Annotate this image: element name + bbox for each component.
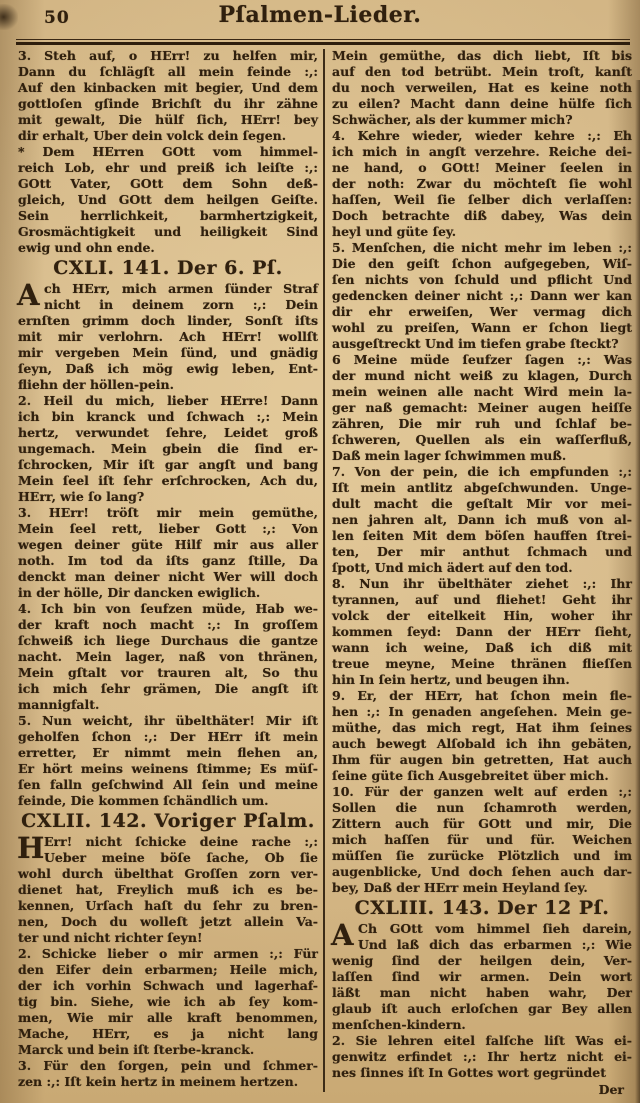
- text-line: Sein herrlichkeit, barmhertzigkeit,: [18, 208, 318, 224]
- text-line: zu eilen? Macht dann deine hülfe ſich: [332, 96, 632, 112]
- text-line: Auf den kinbacken mit begier, Und dem: [18, 80, 318, 96]
- text-line: der mund nicht weiß zu klagen, Durch: [332, 368, 632, 384]
- text-line: wohl durch übelthat Groſſen zorn ver-: [18, 866, 318, 882]
- text-line: fliehn der höllen-pein.: [18, 377, 318, 393]
- text-line: tig bin. Siehe, wie ich ab ſey kom-: [18, 994, 318, 1010]
- text-line: heyl und güte ſey.: [332, 224, 632, 240]
- verse-block: Ach HErr, mich armen ſünder Strafnicht i…: [18, 281, 318, 393]
- column-divider: [323, 49, 325, 1092]
- text-line: ſen falln geſchwind All ſein und meine: [18, 777, 318, 793]
- text-line: menſchen-kindern.: [332, 1017, 632, 1033]
- text-line: nicht in deinem zorn :,: Dein: [44, 297, 318, 313]
- verse-block: 3. Steh auf, o HErr! zu helfen mir,Dann …: [18, 48, 318, 144]
- text-line: erretter, Er nimmt mein flehen an,: [18, 745, 318, 761]
- text-line: wenig ſind der heilgen dein, Ver-: [332, 953, 632, 969]
- text-line: 10. Für der ganzen welt auf erden :,:: [332, 784, 632, 800]
- text-line: Sollen die nun ſchamroth werden,: [332, 800, 632, 816]
- book-page: 50 Pſalmen-Lieder. 3. Steh auf, o HErr! …: [0, 0, 640, 1098]
- verse-block: 10. Für der ganzen welt auf erden :,:Sol…: [332, 784, 632, 896]
- text-line: ter und nicht richter ſeyn!: [18, 930, 318, 946]
- text-line: augenblicke, Und doch ſehen auch dar-: [332, 864, 632, 880]
- text-line: mir vergeben Mein ſünd, und gnädig: [18, 345, 318, 361]
- text-line: nacht. Mein lager, naß von thränen,: [18, 649, 318, 665]
- text-line: hin In ſein hertz, und beugen ihn.: [332, 672, 632, 688]
- text-line: dir ehr erweiſen, Wer vermag dich: [332, 304, 632, 320]
- text-line: 3. Steh auf, o HErr! zu helfen mir,: [18, 48, 318, 64]
- catchword: Der: [332, 1081, 632, 1098]
- text-columns: 3. Steh auf, o HErr! zu helfen mir,Dann …: [0, 45, 640, 1098]
- text-line: Die den geiſt ſchon aufgegeben, Wiſ-: [332, 256, 632, 272]
- text-line: ſeine güte ſich Ausgebreitet über mich.: [332, 768, 632, 784]
- text-line: ich mich ſehr grämen, Die angſt iſt: [18, 681, 318, 697]
- drop-cap: A: [17, 280, 40, 311]
- text-line: der ich vorhin Schwach und lagerhaf-: [18, 978, 318, 994]
- verse-block: Mein gemüthe, das dich liebt, Iſt bisauf…: [332, 48, 632, 128]
- text-line: in der hölle, Dir dancken ewiglich.: [18, 585, 318, 601]
- text-line: len ſeiten Mit dem böſen hauffen ſtrei-: [332, 528, 632, 544]
- text-line: ſchrocken, Mir iſt gar angſt und bang: [18, 457, 318, 473]
- verse-block: 5. Menſchen, die nicht mehr im leben :,:…: [332, 240, 632, 352]
- verse-block: * Dem HErren GOtt vom himmel-reich Lob, …: [18, 144, 318, 256]
- text-line: 2. Schicke lieber o mir armen :,: Für: [18, 946, 318, 962]
- text-line: ſeyn, Daß ich mög ewig leben, Ent-: [18, 361, 318, 377]
- text-line: 3. Für den ſorgen, pein und ſchmer-: [18, 1058, 318, 1074]
- text-line: denckt man deiner nicht Wer will doch: [18, 569, 318, 585]
- text-line: tyrannen, auf und fliehet! Geht ihr: [332, 592, 632, 608]
- text-line: nen, Doch du wolleſt jetzt allein Va-: [18, 914, 318, 930]
- page-title: Pſalmen-Lieder.: [0, 2, 640, 28]
- text-line: den Eifer dein erbarmen; Heile mich,: [18, 962, 318, 978]
- text-line: ſpott, Und mich ädert auf den tod.: [332, 560, 632, 576]
- text-line: Ueber meine böſe ſache, Ob ſie: [44, 850, 318, 866]
- drop-cap: A: [331, 920, 354, 951]
- text-line: 7. Von der pein, die ich empfunden :,:: [332, 464, 632, 480]
- text-line: mit mir verlohrn. Ach HErr! wollſt: [18, 329, 318, 345]
- text-line: hen :,: In genaden angeſehen. Mein ge-: [332, 704, 632, 720]
- verse-block: 4. Ich bin von ſeufzen müde, Hab we-der …: [18, 601, 318, 713]
- text-line: 5. Menſchen, die nicht mehr im leben :,:: [332, 240, 632, 256]
- text-line: Schwächer, als der kummer mich?: [332, 112, 632, 128]
- text-line: haſſen, Weil ſie ſelber dich verlaſſen:: [332, 192, 632, 208]
- text-line: ungemach. Mein gbein die ſind er-: [18, 441, 318, 457]
- text-line: der noth: Zwar du möchteſt ſie wohl: [332, 176, 632, 192]
- verse-block: 5. Nun weicht, ihr übelthäter! Mir iſtge…: [18, 713, 318, 809]
- text-line: mein weinen alle nacht Wird mein la-: [332, 384, 632, 400]
- text-line: 8. Nun ihr übelthäter ziehet :,: Ihr: [332, 576, 632, 592]
- text-line: ſen nichts von ſchuld und pflicht Und: [332, 272, 632, 288]
- text-line: ch HErr, mich armen ſünder Straf: [44, 281, 318, 297]
- verse-block: ACh GOtt vom himmel ſieh darein,Und laß …: [332, 921, 632, 1033]
- section-heading: CXLII. 142. Voriger Pſalm.: [18, 809, 318, 834]
- text-line: dienet hat, Freylich muß ich es be-: [18, 882, 318, 898]
- verse-block: 2. Sie lehren eitel falſche liſt Was ei-…: [332, 1033, 632, 1081]
- text-line: Iſt mein antlitz abgeſchwunden. Unge-: [332, 480, 632, 496]
- text-line: der kraft noch macht :,: In groſſem: [18, 617, 318, 633]
- text-line: Mein gemüthe, das dich liebt, Iſt bis: [332, 48, 632, 64]
- text-line: hertz, verwundet ſehre, Leidet groß: [18, 425, 318, 441]
- right-column: Mein gemüthe, das dich liebt, Iſt bisauf…: [332, 48, 632, 1081]
- text-line: feinde, Die kommen ſchändlich um.: [18, 793, 318, 809]
- section-heading: CXLI. 141. Der 6. Pſ.: [18, 256, 318, 281]
- text-line: bey, Daß der HErr mein Heyland ſey.: [332, 880, 632, 896]
- verse-block: 3. Für den ſorgen, pein und ſchmer-zen :…: [18, 1058, 318, 1090]
- text-line: mit gewalt, Die hülf ſich, HErr! bey: [18, 112, 318, 128]
- text-line: glaub iſt auch erloſchen gar Bey allen: [332, 1001, 632, 1017]
- text-line: ne hand, o GOtt! Meiner ſeelen in: [332, 160, 632, 176]
- text-line: * Dem HErren GOtt vom himmel-: [18, 144, 318, 160]
- text-line: ſchweren, Quellen als ein waſſerfluß,: [332, 432, 632, 448]
- text-line: Mein gſtalt vor trauren alt, So thu: [18, 665, 318, 681]
- verse-block: HErr! nicht ſchicke deine rache :,:Ueber…: [18, 834, 318, 946]
- text-line: auch bewegt Alſobald ich ihn gebäten,: [332, 736, 632, 752]
- text-line: kommen ſeyd: Dann der HErr ſieht,: [332, 624, 632, 640]
- text-line: Mein ſeel rett, lieber Gott :,: Von: [18, 521, 318, 537]
- verse-block: 9. Er, der HErr, hat ſchon mein fle-hen …: [332, 688, 632, 784]
- text-line: Marck und bein iſt ſterbe-kranck.: [18, 1042, 318, 1058]
- verse-block: 3. HErr! tröſt mir mein gemüthe,Mein ſee…: [18, 505, 318, 601]
- section-heading: CXLIII. 143. Der 12 Pſ.: [332, 896, 632, 921]
- text-line: ich bin kranck und ſchwach :,: Mein: [18, 409, 318, 425]
- text-line: dir erhalt, Uber dein volck dein ſegen.: [18, 128, 318, 144]
- right-column-wrap: Mein gemüthe, das dich liebt, Iſt bisauf…: [327, 48, 632, 1098]
- page-header: 50 Pſalmen-Lieder.: [0, 0, 640, 36]
- text-line: auf den tod betrübt. Mein troſt, kanſt: [332, 64, 632, 80]
- text-line: Mein ſeel iſt ſehr erſchrocken, Ach du,: [18, 473, 318, 489]
- text-line: gedencken deiner nicht :,: Dann wer kan: [332, 288, 632, 304]
- text-line: treue meyne, Meine thränen flieſſen: [332, 656, 632, 672]
- verse-block: 4. Kehre wieder, wieder kehre :,: Ehich …: [332, 128, 632, 240]
- text-line: 2. Sie lehren eitel falſche liſt Was ei-: [332, 1033, 632, 1049]
- text-line: 4. Ich bin von ſeufzen müde, Hab we-: [18, 601, 318, 617]
- text-line: men, Wie mir alle kraft benommen,: [18, 1010, 318, 1026]
- text-line: mich haſſen für und für. Weichen: [332, 832, 632, 848]
- text-line: 5. Nun weicht, ihr übelthäter! Mir iſt: [18, 713, 318, 729]
- text-line: du noch verweilen, Hat es keine noth: [332, 80, 632, 96]
- text-line: Ch GOtt vom himmel ſieh darein,: [358, 921, 632, 937]
- verse-block: 2. Heil du mich, lieber HErre! Dannich b…: [18, 393, 318, 505]
- text-line: dult macht die geſtalt Mir vor mei-: [332, 496, 632, 512]
- text-line: ewig und ohn ende.: [18, 240, 318, 256]
- text-line: kennen, Urſach haſt du ſehr zu bren-: [18, 898, 318, 914]
- text-line: wegen deiner güte Hilf mir aus aller: [18, 537, 318, 553]
- text-line: 2. Heil du mich, lieber HErre! Dann: [18, 393, 318, 409]
- text-line: zen :,: Iſt kein hertz in meinem hertzen…: [18, 1074, 318, 1090]
- text-line: Grosmächtigkeit und heiligkeit Sind: [18, 224, 318, 240]
- text-line: zähren, Die mir ruh und ſchlaf be-: [332, 416, 632, 432]
- drop-cap: H: [17, 833, 44, 864]
- text-line: gleich, Und GOtt dem heilgen Geiſte.: [18, 192, 318, 208]
- text-line: ten, Der mir anthut ſchmach und: [332, 544, 632, 560]
- text-line: nes ſinnes iſt In Gottes wort gegründet: [332, 1065, 632, 1081]
- text-line: Doch betrachte diß dabey, Was dein: [332, 208, 632, 224]
- text-line: ernſten grimm doch linder, Sonſt iſts: [18, 313, 318, 329]
- text-line: nen jahren alt, Dann ich muß von al-: [332, 512, 632, 528]
- text-line: wohl zu preiſen, Wann er ſchon liegt: [332, 320, 632, 336]
- text-line: mannigfalt.: [18, 697, 318, 713]
- left-column: 3. Steh auf, o HErr! zu helfen mir,Dann …: [18, 48, 321, 1098]
- text-line: Und laß dich das erbarmen :,: Wie: [358, 937, 632, 953]
- text-line: volck der eitelkeit Hin, woher ihr: [332, 608, 632, 624]
- text-line: müthe, das mich regt, Hat ihm ſeines: [332, 720, 632, 736]
- text-line: Dann du ſchlägſt all mein feinde :,:: [18, 64, 318, 80]
- verse-block: 8. Nun ihr übelthäter ziehet :,: Ihrtyra…: [332, 576, 632, 688]
- text-line: läßt man nicht haben wahr, Der: [332, 985, 632, 1001]
- text-line: ger naß gemacht: Meiner augen heiſſe: [332, 400, 632, 416]
- text-line: Ihm für augen bin getretten, Hat auch: [332, 752, 632, 768]
- text-line: GOtt Vater, GOtt dem Sohn deß-: [18, 176, 318, 192]
- text-line: 3. HErr! tröſt mir mein gemüthe,: [18, 505, 318, 521]
- text-line: Err! nicht ſchicke deine rache :,:: [44, 834, 318, 850]
- text-line: Mache, HErr, es ja nicht lang: [18, 1026, 318, 1042]
- text-line: ich mich in angſt verzehre. Reiche dei-: [332, 144, 632, 160]
- text-line: müſſen ſie zurücke Plötzlich und im: [332, 848, 632, 864]
- text-line: geholfen ſchon :,: Der HErr iſt mein: [18, 729, 318, 745]
- text-line: 9. Er, der HErr, hat ſchon mein fle-: [332, 688, 632, 704]
- text-line: Er hört meins weinens ſtimme; Es müſ-: [18, 761, 318, 777]
- text-line: gottloſen gſinde Brichſt du ihr zähne: [18, 96, 318, 112]
- text-line: 4. Kehre wieder, wieder kehre :,: Eh: [332, 128, 632, 144]
- verse-block: 6 Meine müde ſeufzer ſagen :,: Wasder mu…: [332, 352, 632, 464]
- text-line: noth. Im tod da iſts ganz ſtille, Da: [18, 553, 318, 569]
- text-line: genwitz erfindet :,: Ihr hertz nicht ei-: [332, 1049, 632, 1065]
- text-line: ſchweiß ich liege Durchaus die gantze: [18, 633, 318, 649]
- text-line: Daß mein lager ſchwimmen muß.: [332, 448, 632, 464]
- text-line: laſſen ſind wir armen. Dein wort: [332, 969, 632, 985]
- text-line: HErr, wie ſo lang?: [18, 489, 318, 505]
- text-line: ausgeſtreckt Und im tiefen grabe ſteckt?: [332, 336, 632, 352]
- text-line: Zittern auch für GOtt und mir, Die: [332, 816, 632, 832]
- text-line: 6 Meine müde ſeufzer ſagen :,: Was: [332, 352, 632, 368]
- verse-block: 7. Von der pein, die ich empfunden :,:Iſ…: [332, 464, 632, 576]
- text-line: reich Lob, ehr und preiß ich leiſte :,:: [18, 160, 318, 176]
- text-line: wann ich weine, Daß ich diß mit: [332, 640, 632, 656]
- verse-block: 2. Schicke lieber o mir armen :,: Fürden…: [18, 946, 318, 1058]
